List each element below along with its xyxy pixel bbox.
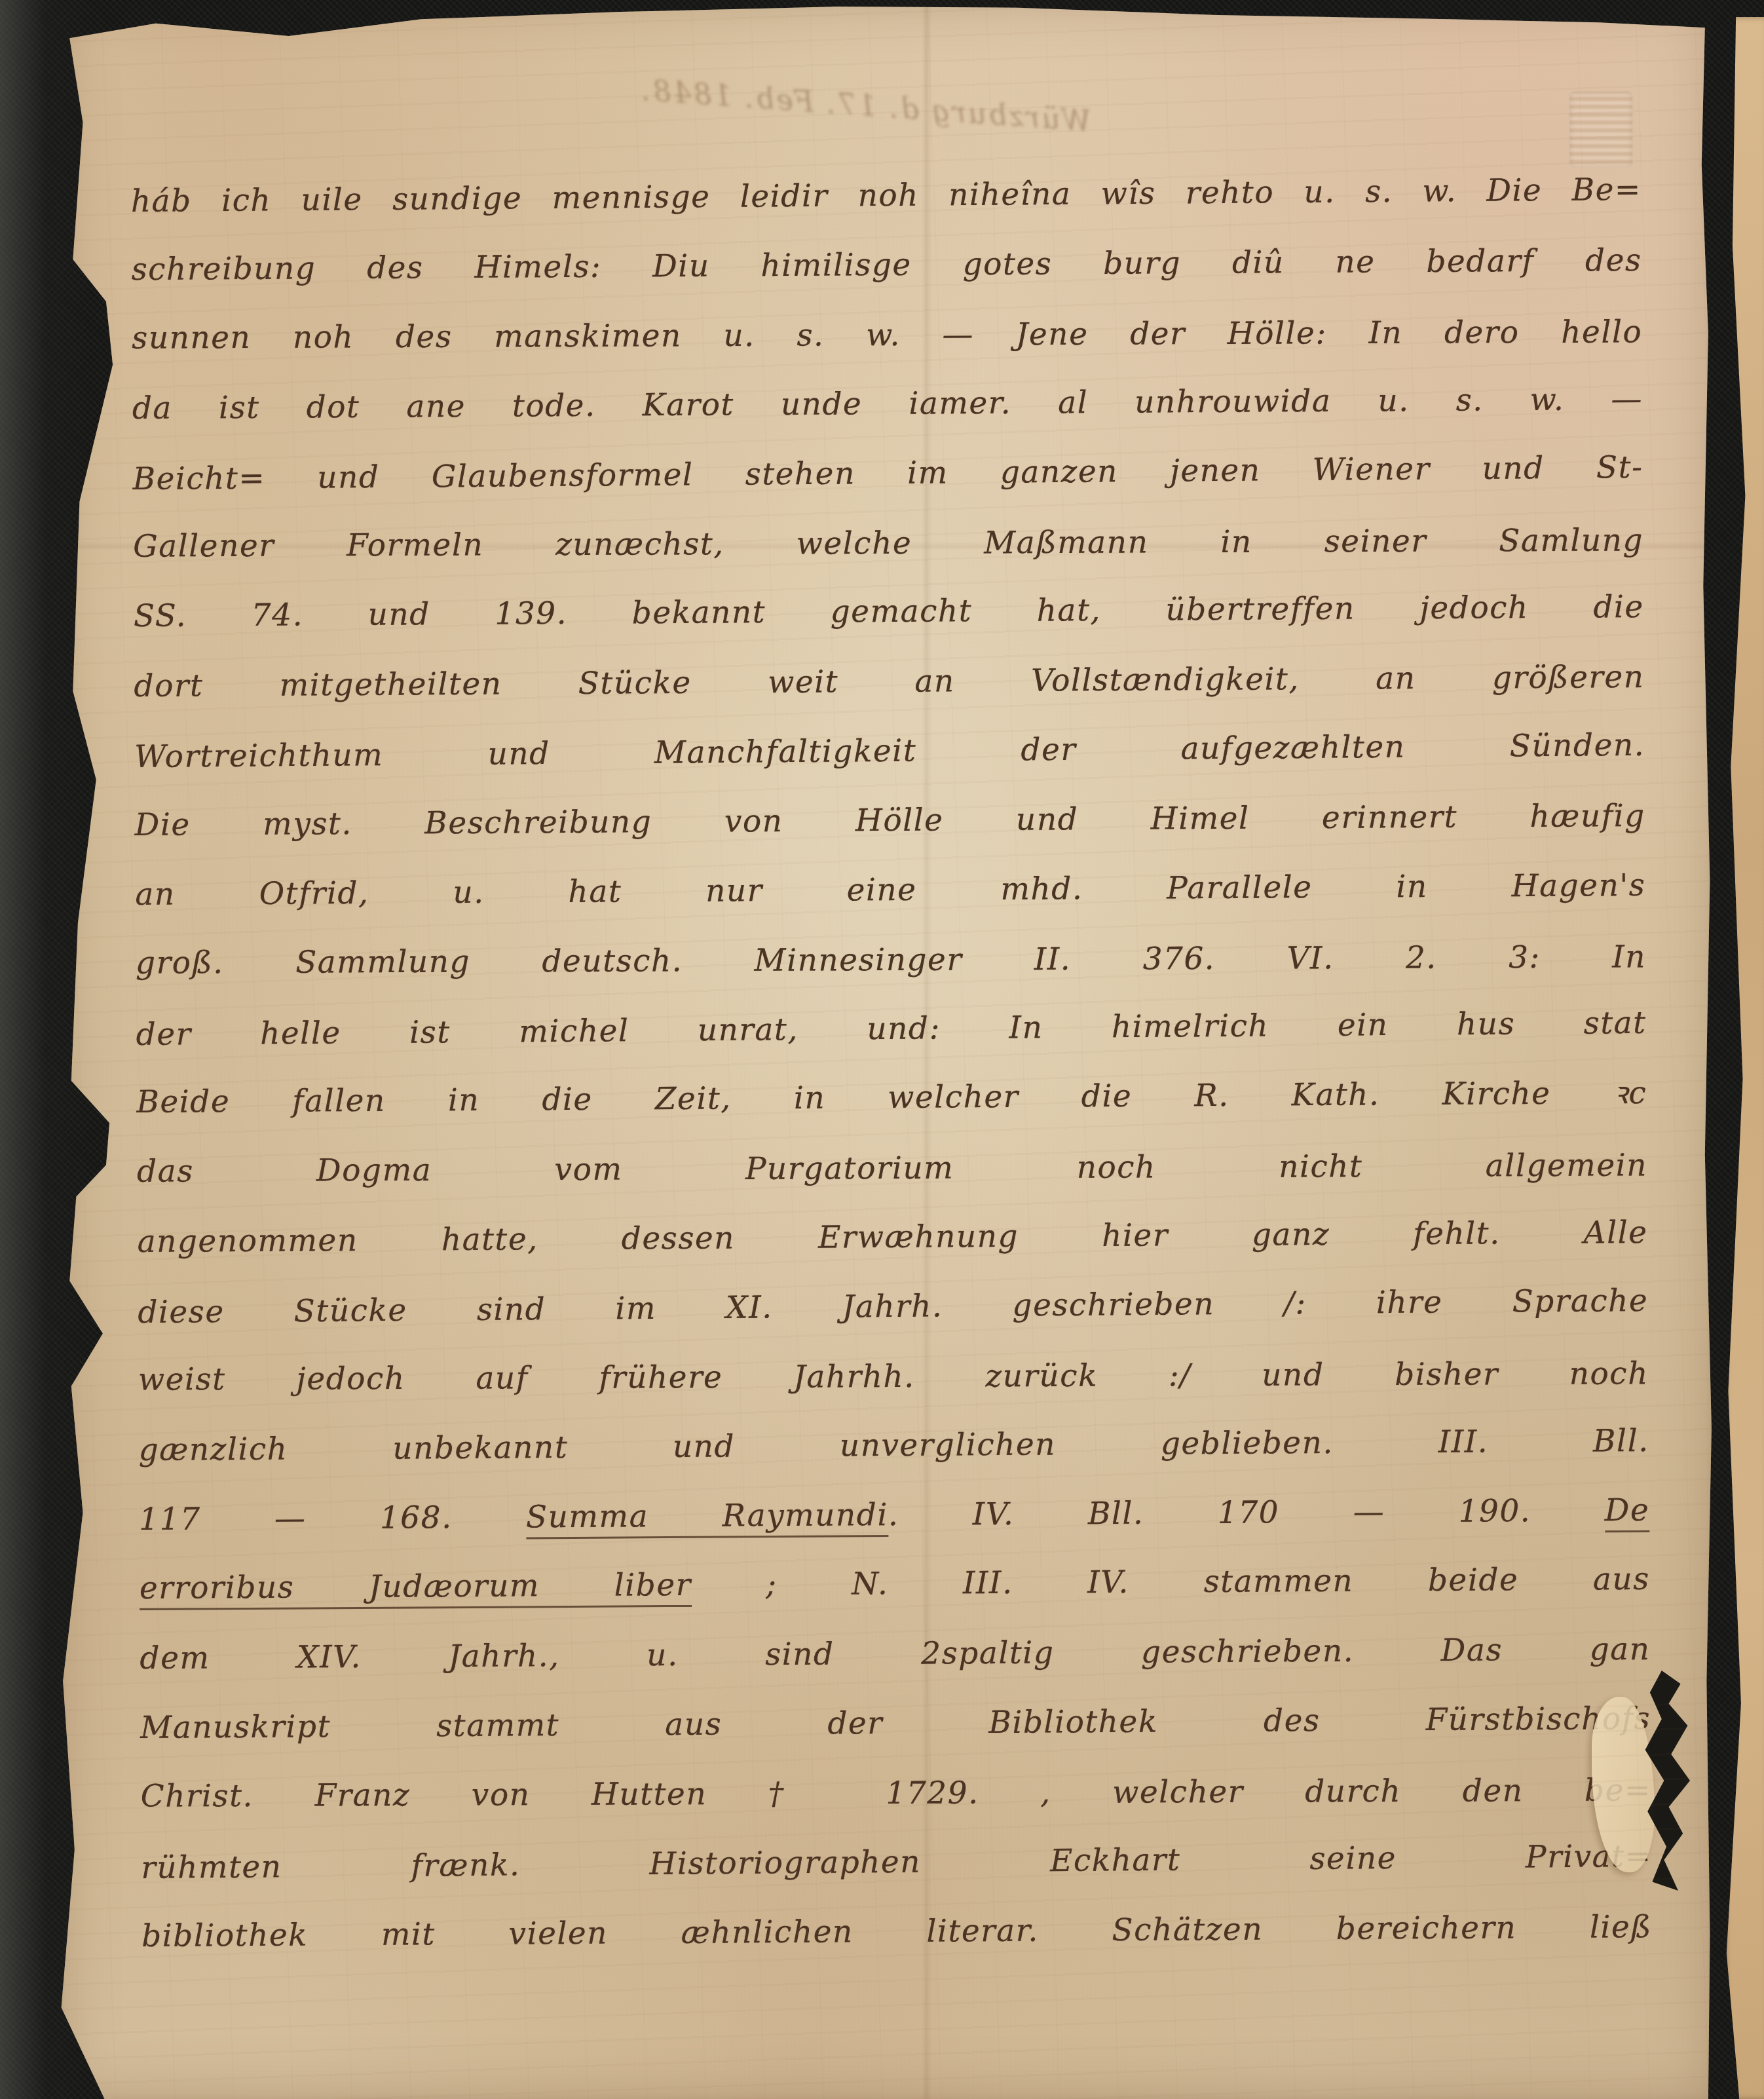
letter-line: da ist dot ane tode. Karot unde iamer. a… — [132, 365, 1643, 444]
letter-line: Beide fallen in die Zeit, in welcher die… — [136, 1059, 1647, 1137]
letter-line: Manuskript stammt aus der Bibliothek des… — [140, 1684, 1651, 1763]
photo-of-letter: { "letter": { "ink_color": "#4a3322", "p… — [0, 0, 1764, 2099]
bleedthrough-date: Würzburg d. 17. Feb. 1848. — [593, 71, 1092, 139]
line-text: ; N. III. IV. stammen beide aus — [691, 1561, 1650, 1603]
letter-body: háb ich uile sundige mennisge leidir noh… — [131, 157, 1653, 1971]
letter-line: erroribus Judæorum liber ; N. III. IV. s… — [140, 1545, 1651, 1623]
letter-line: Beicht= und Glaubensformel stehen im gan… — [132, 433, 1643, 514]
letter-line: schreibung des Himels: Diu himilisge got… — [131, 226, 1642, 305]
letter-line: rühmten frænk. Historiographen Eckhart s… — [141, 1822, 1652, 1903]
letter-line: weist jedoch auf frühere Jahrhh. zurück … — [138, 1339, 1649, 1414]
underlined-title: De — [1605, 1492, 1650, 1532]
letter-line: 117 — 168. Summa Raymundi. IV. Bll. 170 … — [139, 1476, 1650, 1555]
letter-line: Christ. Franz von Hutten † 1729. , welch… — [141, 1756, 1651, 1831]
underlined-title: erroribus Judæorum liber — [140, 1567, 692, 1610]
letter-line: dem XIV. Jahrh., u. sind 2spaltig geschr… — [140, 1615, 1651, 1693]
letter-line: sunnen noh des manskimen u. s. w. — Jene… — [132, 297, 1642, 373]
letter-line: Die myst. Beschreibung von Hölle und Him… — [134, 782, 1645, 860]
letter-line: der helle ist michel unrat, und: In hime… — [136, 989, 1647, 1070]
letter-line: gænzlich unbekannt und unverglichen gebl… — [138, 1407, 1649, 1485]
letter-line: diese Stücke sind im XI. Jahrh. geschrie… — [138, 1266, 1649, 1348]
underlined-title: Summa Raymundi — [526, 1497, 888, 1539]
letter-line: bibliothek mit vielen æhnlichen literar.… — [141, 1893, 1653, 1971]
letter-line: SS. 74. und 139. bekannt gemacht hat, üb… — [133, 573, 1644, 651]
adjacent-page-edge — [1721, 17, 1764, 2099]
line-text: . IV. Bll. 170 — 190. — [888, 1492, 1605, 1533]
letter-line: an Otfrid, u. hat nur eine mhd. Parallel… — [135, 851, 1646, 930]
letter-line: groß. Sammlung deutsch. Minnesinger II. … — [136, 922, 1646, 998]
letter-line: Wortreichthum und Manchfaltigkeit der au… — [134, 711, 1645, 792]
line-text: 117 — 168. — [139, 1499, 526, 1538]
letter-line: dort mitgetheilten Stücke weit an Vollst… — [134, 643, 1645, 721]
letter-line: Gallener Formeln zunæchst, welche Maßman… — [133, 506, 1643, 581]
letter-line: angenommen hatte, dessen Erwæhnung hier … — [137, 1198, 1648, 1277]
letter-line: das Dogma vom Purgatorium noch nicht all… — [137, 1131, 1647, 1206]
letter-paper: Würzburg d. 17. Feb. 1848. háb ich uile … — [56, 0, 1715, 2099]
letter-line: háb ich uile sundige mennisge leidir noh… — [131, 155, 1642, 236]
